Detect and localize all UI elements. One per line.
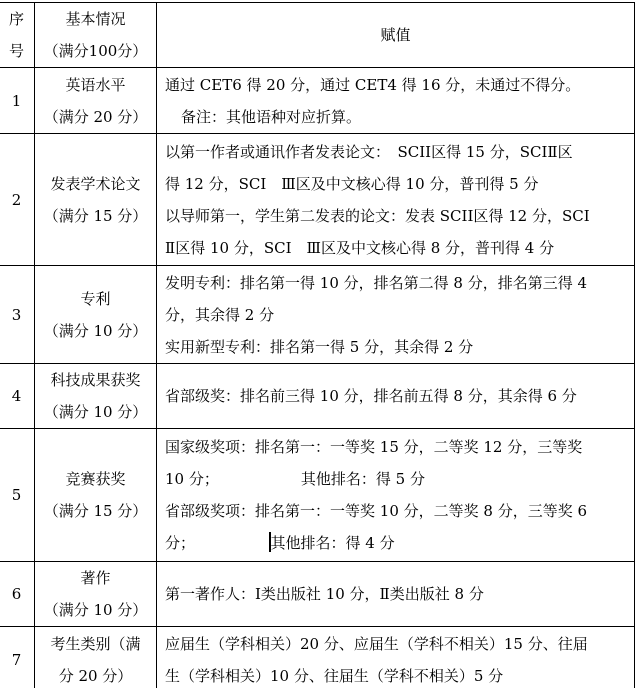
- value-line: 省部级奖：排名前三得 10 分，排名前五得 8 分，其余得 6 分: [165, 380, 632, 412]
- category-max-score: （满分 15 分）: [35, 200, 156, 232]
- header-no-cell: 序 号: [0, 3, 35, 68]
- value-fragment: 其他排名：得 5 分: [301, 470, 425, 488]
- value-line: 通过 CET6 得 20 分，通过 CET4 得 16 分，未通过不得分。: [165, 69, 632, 101]
- category-max-score: （满分 10 分）: [35, 594, 156, 626]
- value-line: 国家级奖项：排名第一：一等奖 15 分，二等奖 12 分，三等奖: [165, 431, 632, 463]
- table-row: 3 专利 （满分 10 分） 发明专利：排名第一得 10 分，排名第二得 8 分…: [0, 266, 635, 364]
- header-category-total: （满分100分）: [35, 35, 156, 67]
- header-no-char-1: 序: [0, 3, 34, 35]
- header-no-char-2: 号: [0, 35, 34, 67]
- row-category: 专利 （满分 10 分）: [35, 266, 157, 364]
- row-category: 发表学术论文 （满分 15 分）: [35, 134, 157, 266]
- value-line: 应届生（学科相关）20 分、应届生（学科不相关）15 分、往届: [165, 628, 632, 660]
- header-category-title: 基本情况: [35, 3, 156, 35]
- category-max-score: （满分 10 分）: [35, 396, 156, 428]
- category-max-score: （满分 15 分）: [35, 495, 156, 527]
- value-line: 分；其他排名：得 4 分: [165, 527, 632, 559]
- category-name: 专利: [35, 283, 156, 315]
- row-value: 通过 CET6 得 20 分，通过 CET4 得 16 分，未通过不得分。 备注…: [157, 68, 635, 134]
- row-value: 国家级奖项：排名第一：一等奖 15 分，二等奖 12 分，三等奖 10 分；其他…: [157, 429, 635, 562]
- table-row: 6 著作 （满分 10 分） 第一著作人：Ⅰ类出版社 10 分，Ⅱ类出版社 8 …: [0, 562, 635, 627]
- value-line: 发明专利：排名第一得 10 分，排名第二得 8 分，排名第三得 4: [165, 267, 632, 299]
- value-fragment: 分；: [165, 534, 195, 552]
- row-value: 应届生（学科相关）20 分、应届生（学科不相关）15 分、往届 生（学科相关）1…: [157, 627, 635, 688]
- category-name: 考生类别（满: [35, 628, 156, 660]
- row-number: 2: [0, 134, 35, 266]
- scoring-table: 序 号 基本情况 （满分100分） 赋值 1 英语水平 （满分 20 分） 通过…: [0, 2, 635, 688]
- value-line: Ⅱ区得 10 分，SCI Ⅲ区及中文核心得 8 分，普刊得 4 分: [165, 232, 632, 264]
- header-value-label: 赋值: [380, 26, 410, 44]
- value-note: 备注：其他语种对应折算。: [165, 101, 632, 133]
- row-number: 4: [0, 364, 35, 429]
- row-value: 以第一作者或通讯作者发表论文： SCIⅠ区得 15 分，SCIⅡ区 得 12 分…: [157, 134, 635, 266]
- category-name: 著作: [35, 562, 156, 594]
- row-category: 英语水平 （满分 20 分）: [35, 68, 157, 134]
- table-row: 1 英语水平 （满分 20 分） 通过 CET6 得 20 分，通过 CET4 …: [0, 68, 635, 134]
- value-fragment: 其他排名：得 4 分: [271, 534, 395, 552]
- table-row: 2 发表学术论文 （满分 15 分） 以第一作者或通讯作者发表论文： SCIⅠ区…: [0, 134, 635, 266]
- category-name: 科技成果获奖: [35, 364, 156, 396]
- row-category: 著作 （满分 10 分）: [35, 562, 157, 627]
- header-value-cell: 赋值: [157, 3, 635, 68]
- category-name: 竞赛获奖: [35, 463, 156, 495]
- value-line: 分，其余得 2 分: [165, 299, 632, 331]
- value-line: 第一著作人：Ⅰ类出版社 10 分，Ⅱ类出版社 8 分: [165, 578, 632, 610]
- row-category: 科技成果获奖 （满分 10 分）: [35, 364, 157, 429]
- category-name: 英语水平: [35, 69, 156, 101]
- category-max-score: （满分 10 分）: [35, 315, 156, 347]
- value-line: 以导师第一，学生第二发表的论文：发表 SCIⅠ区得 12 分，SCI: [165, 200, 632, 232]
- row-number: 5: [0, 429, 35, 562]
- row-value: 第一著作人：Ⅰ类出版社 10 分，Ⅱ类出版社 8 分: [157, 562, 635, 627]
- value-line: 得 12 分，SCI Ⅲ区及中文核心得 10 分，普刊得 5 分: [165, 168, 632, 200]
- value-fragment: 10 分；: [165, 470, 219, 488]
- category-max-score: 分 20 分）: [35, 660, 156, 688]
- row-category: 竞赛获奖 （满分 15 分）: [35, 429, 157, 562]
- row-number: 7: [0, 627, 35, 688]
- category-max-score: （满分 20 分）: [35, 101, 156, 133]
- row-value: 发明专利：排名第一得 10 分，排名第二得 8 分，排名第三得 4 分，其余得 …: [157, 266, 635, 364]
- value-line: 生（学科相关）10 分、往届生（学科不相关）5 分: [165, 660, 632, 688]
- row-category: 考生类别（满 分 20 分）: [35, 627, 157, 688]
- header-category-cell: 基本情况 （满分100分）: [35, 3, 157, 68]
- category-name: 发表学术论文: [35, 168, 156, 200]
- table-row: 7 考生类别（满 分 20 分） 应届生（学科相关）20 分、应届生（学科不相关…: [0, 627, 635, 688]
- row-value: 省部级奖：排名前三得 10 分，排名前五得 8 分，其余得 6 分: [157, 364, 635, 429]
- table-row: 4 科技成果获奖 （满分 10 分） 省部级奖：排名前三得 10 分，排名前五得…: [0, 364, 635, 429]
- value-line: 10 分；其他排名：得 5 分: [165, 463, 632, 495]
- row-number: 3: [0, 266, 35, 364]
- table-row: 5 竞赛获奖 （满分 15 分） 国家级奖项：排名第一：一等奖 15 分，二等奖…: [0, 429, 635, 562]
- value-line: 省部级奖项：排名第一：一等奖 10 分，二等奖 8 分，三等奖 6: [165, 495, 632, 527]
- header-row: 序 号 基本情况 （满分100分） 赋值: [0, 3, 635, 68]
- value-line: 实用新型专利：排名第一得 5 分，其余得 2 分: [165, 331, 632, 363]
- value-line: 以第一作者或通讯作者发表论文： SCIⅠ区得 15 分，SCIⅡ区: [165, 136, 632, 168]
- row-number: 1: [0, 68, 35, 134]
- row-number: 6: [0, 562, 35, 627]
